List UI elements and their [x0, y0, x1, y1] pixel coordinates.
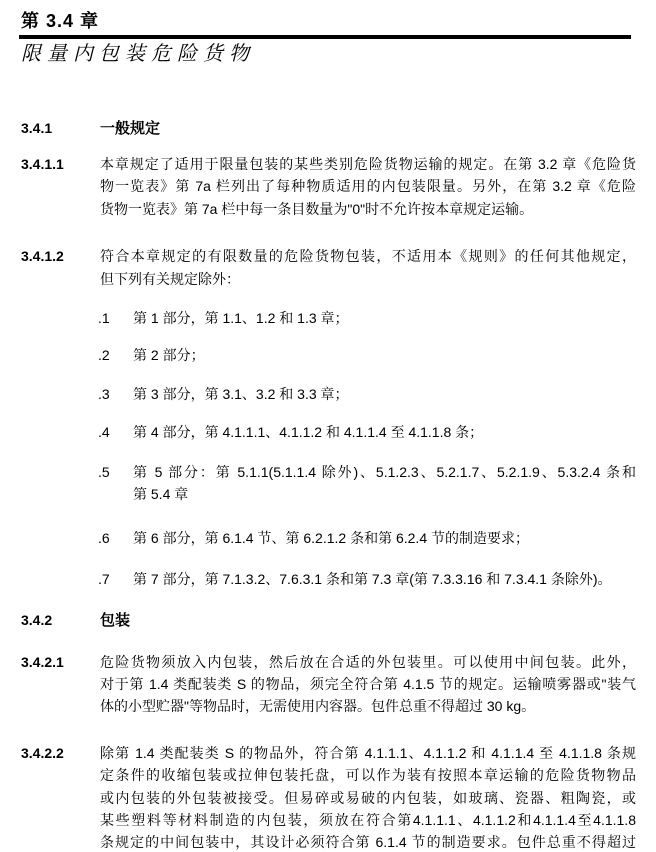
paragraph-line: 危险货物须放入内包装，然后放在合适的外包装里。可以使用中间包装。此外， — [100, 651, 636, 673]
section-number: 3.4.1 — [21, 117, 100, 140]
list-item-7: .7 第 7 部分，第 7.1.3.2、7.6.3.1 条和第 7.3 章(第 … — [98, 568, 636, 590]
section-heading-text: 一般规定 — [100, 120, 160, 137]
list-item-body: 第 6 部分，第 6.1.4 节、第 6.2.1.2 条和第 6.2.4 节的制… — [133, 527, 636, 549]
clause-number: 3.4.1.2 — [21, 245, 100, 290]
list-item-number: .5 — [98, 461, 133, 506]
clause-number: 3.4.2.2 — [21, 742, 100, 852]
list-item-6: .6 第 6 部分，第 6.1.4 节、第 6.2.1.2 条和第 6.2.4 … — [98, 527, 636, 549]
list-item-2: .2 第 2 部分； — [98, 344, 636, 366]
paragraph-line: 但下列有关规定除外： — [100, 268, 636, 290]
section-heading-3-4-1: 3.4.1 一般规定 — [21, 117, 636, 140]
list-item-body: 第 3 部分，第 3.1、3.2 和 3.3 章； — [133, 383, 636, 405]
list-item-body: 第 5 部分：第 5.1.1(5.1.1.4 除外)、5.1.2.3、5.2.1… — [133, 461, 636, 506]
clause-body: 危险货物须放入内包装，然后放在合适的外包装里。可以使用中间包装。此外， 对于第 … — [100, 651, 636, 718]
clause-body: 符合本章规定的有限数量的危险货物包装，不适用本《规则》的任何其他规定， 但下列有… — [100, 245, 636, 290]
list-item-1: .1 第 1 部分，第 1.1、1.2 和 1.3 章； — [98, 307, 636, 329]
list-item-line: 第 5.4 章 — [133, 483, 636, 505]
list-item-number: .2 — [98, 344, 133, 366]
list-item-line: 第 1 部分，第 1.1、1.2 和 1.3 章； — [133, 307, 636, 329]
list-item-body: 第 1 部分，第 1.1、1.2 和 1.3 章； — [133, 307, 636, 329]
header-divider-rule — [19, 35, 631, 39]
section-number: 3.4.2 — [21, 609, 100, 632]
paragraph-3-4-1-2: 3.4.1.2 符合本章规定的有限数量的危险货物包装，不适用本《规则》的任何其他… — [21, 245, 636, 290]
paragraph-line: 除第 1.4 类配装类 S 的物品外，符合第 4.1.1.1、4.1.1.2 和… — [100, 742, 636, 764]
page-header: 第 3.4 章 限量内包装危险货物 — [0, 0, 656, 68]
list-item-line: 第 3 部分，第 3.1、3.2 和 3.3 章； — [133, 383, 636, 405]
list-item-number: .3 — [98, 383, 133, 405]
list-item-body: 第 7 部分，第 7.1.3.2、7.6.3.1 条和第 7.3 章(第 7.3… — [133, 568, 636, 590]
list-item-line: 第 4 部分，第 4.1.1.1、4.1.1.2 和 4.1.1.4 至 4.1… — [133, 421, 636, 443]
chapter-number: 第 3.4 章 — [21, 8, 636, 34]
paragraph-line: 本章规定了适用于限量包装的某些类别危险货物运输的规定。在第 3.2 章《危险货 — [100, 153, 636, 175]
paragraph-line: 物一览表》第 7a 栏列出了每种物质适用的内包装限量。另外，在第 3.2 章《危… — [100, 175, 636, 197]
paragraph-line: 货物一览表》第 7a 栏中每一条目数量为"0"时不允许按本章规定运输。 — [100, 198, 636, 220]
paragraph-line: 符合本章规定的有限数量的危险货物包装，不适用本《规则》的任何其他规定， — [100, 245, 636, 267]
chapter-title: 限量内包装危险货物 — [21, 41, 636, 68]
list-item-body: 第 4 部分，第 4.1.1.1、4.1.1.2 和 4.1.1.4 至 4.1… — [133, 421, 636, 443]
list-item-number: .4 — [98, 421, 133, 443]
list-item-line: 第 7 部分，第 7.1.3.2、7.6.3.1 条和第 7.3 章(第 7.3… — [133, 568, 636, 590]
list-item-3: .3 第 3 部分，第 3.1、3.2 和 3.3 章； — [98, 383, 636, 405]
list-item-line: 第 5 部分：第 5.1.1(5.1.1.4 除外)、5.1.2.3、5.2.1… — [133, 461, 636, 483]
list-item-number: .7 — [98, 568, 133, 590]
paragraph-3-4-2-1: 3.4.2.1 危险货物须放入内包装，然后放在合适的外包装里。可以使用中间包装。… — [21, 651, 636, 718]
paragraph-line: 或内包装的外包装被接受。但易碎或易破的内包装，如玻璃、瓷器、粗陶瓷，或 — [100, 787, 636, 809]
section-heading-text: 包装 — [100, 612, 130, 629]
document-page: 第 3.4 章 限量内包装危险货物 3.4.1 一般规定 3.4.1.1 本章规… — [0, 0, 656, 852]
list-item-number: .1 — [98, 307, 133, 329]
clause-body: 除第 1.4 类配装类 S 的物品外，符合第 4.1.1.1、4.1.1.2 和… — [100, 742, 636, 852]
section-heading-3-4-2: 3.4.2 包装 — [21, 609, 636, 632]
paragraph-3-4-2-2: 3.4.2.2 除第 1.4 类配装类 S 的物品外，符合第 4.1.1.1、4… — [21, 742, 636, 852]
paragraph-line: 对于第 1.4 类配装类 S 的物品，须完全符合第 4.1.5 节的规定。运输喷… — [100, 673, 636, 695]
clause-body: 本章规定了适用于限量包装的某些类别危险货物运输的规定。在第 3.2 章《危险货 … — [100, 153, 636, 220]
list-item-number: .6 — [98, 527, 133, 549]
paragraph-line: 条规定的中间包装中，其设计必须符合第 6.1.4 节的制造要求。包件总重不得超过 — [100, 831, 636, 852]
clause-number: 3.4.2.1 — [21, 651, 100, 718]
list-item-4: .4 第 4 部分，第 4.1.1.1、4.1.1.2 和 4.1.1.4 至 … — [98, 421, 636, 443]
list-item-body: 第 2 部分； — [133, 344, 636, 366]
list-item-line: 第 2 部分； — [133, 344, 636, 366]
paragraph-line: 定条件的收缩包装或拉伸包装托盘，可以作为装有按照本章运输的危险货物物品 — [100, 764, 636, 786]
clause-number: 3.4.1.1 — [21, 153, 100, 220]
list-item-line: 第 6 部分，第 6.1.4 节、第 6.2.1.2 条和第 6.2.4 节的制… — [133, 527, 636, 549]
paragraph-3-4-1-1: 3.4.1.1 本章规定了适用于限量包装的某些类别危险货物运输的规定。在第 3.… — [21, 153, 636, 220]
list-item-5: .5 第 5 部分：第 5.1.1(5.1.1.4 除外)、5.1.2.3、5.… — [98, 461, 636, 506]
paragraph-line: 某些塑料等材料制造的内包装，须放在符合第4.1.1.1、4.1.1.2和4.1.… — [100, 809, 636, 831]
paragraph-line: 体的小型贮器"等物品时，无需使用内容器。包件总重不得超过 30 kg。 — [100, 695, 636, 717]
